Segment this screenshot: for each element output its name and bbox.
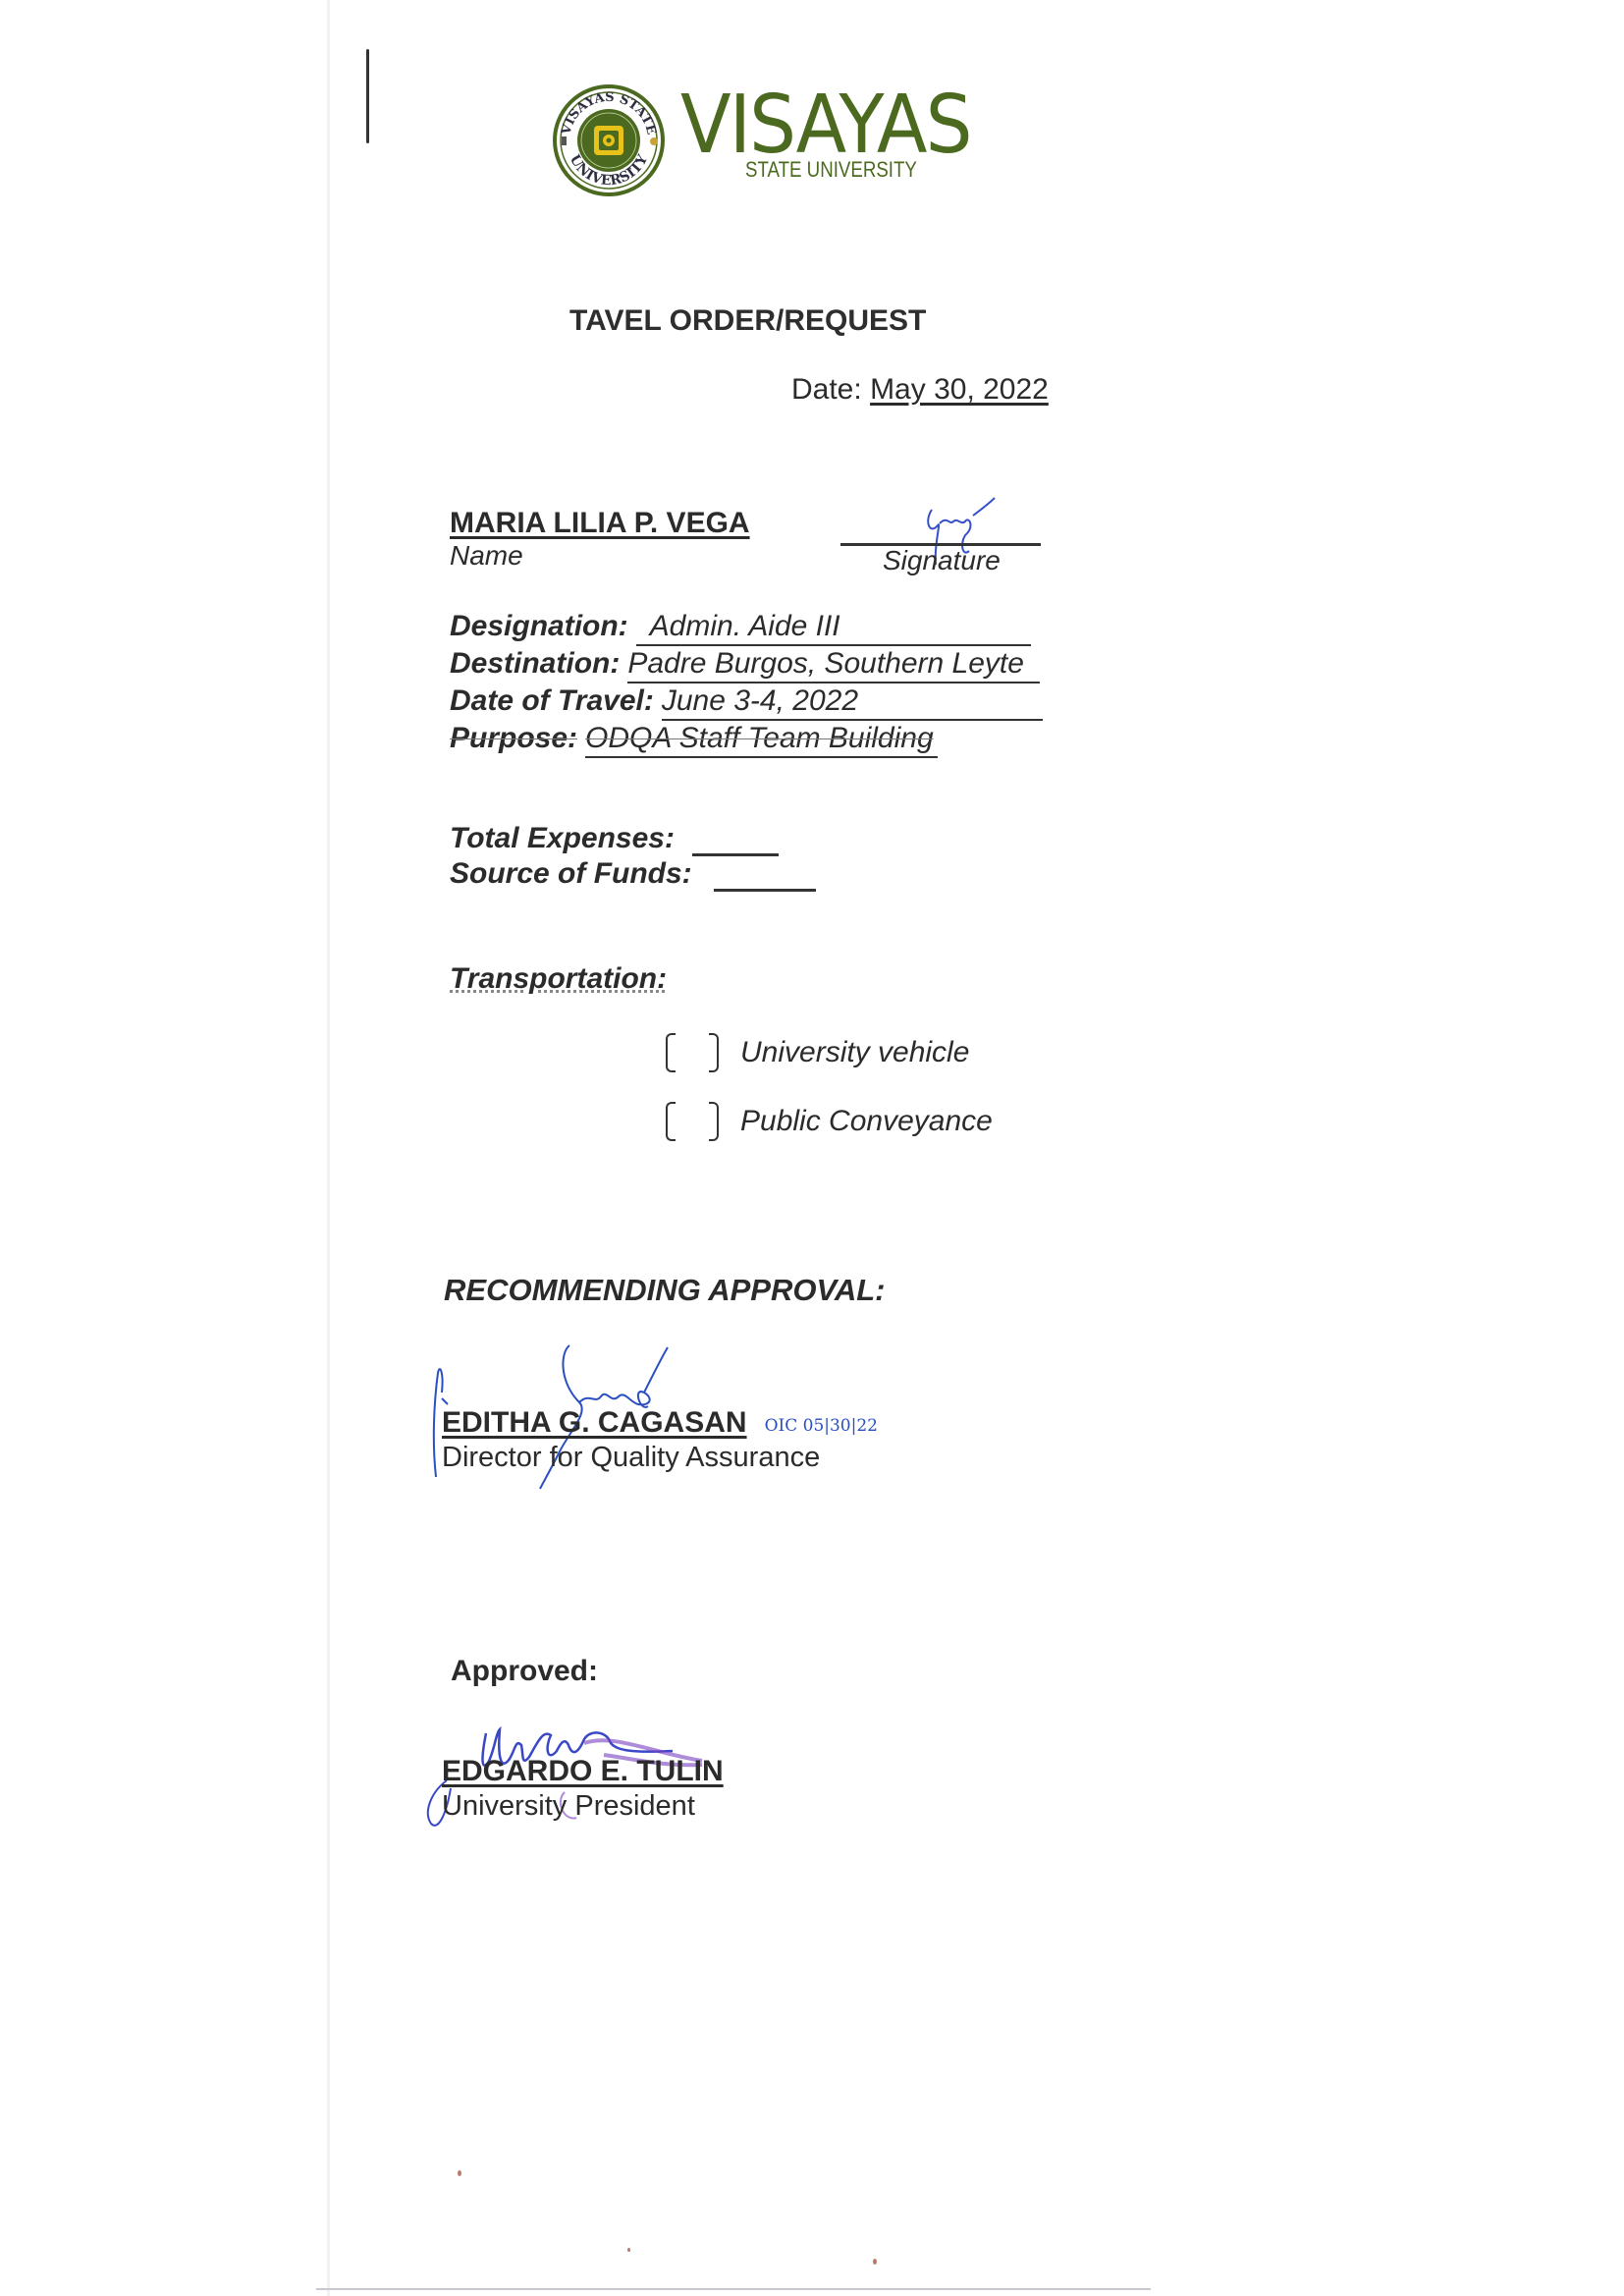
option-public-conveyance[interactable]: Public Conveyance [664,1100,993,1143]
total-expenses-label: Total Expenses: [450,821,675,856]
transportation-label: Transportation: [450,962,667,996]
detail-purpose: Purpose: ODQA Staff Team Building [450,721,1043,758]
wordmark-subtitle: STATE UNIVERSITY [745,157,917,183]
total-expenses-row: Total Expenses: [450,821,816,856]
total-expenses-field[interactable] [692,830,779,856]
destination-value: Padre Burgos, Southern Leyte [627,646,1040,683]
page-bottom-edge [316,2288,1151,2290]
public-conveyance-label: Public Conveyance [740,1105,993,1138]
recommender-block: EDITHA G. CAGASANOIC 05|30|22 Director f… [442,1406,878,1474]
detail-date-of-travel: Date of Travel: June 3-4, 2022 [450,683,1043,721]
recommending-approval-heading: RECOMMENDING APPROVAL: [444,1273,886,1308]
source-of-funds-label: Source of Funds: [450,856,692,892]
approved-label: Approved: [451,1655,598,1688]
recommender-title: Director for Quality Assurance [442,1442,878,1474]
scan-edge [327,0,330,2296]
requester-name: MARIA LILIA P. VEGA [450,507,750,540]
university-seal-icon: VISAYAS STATE UNIVERSITY [553,84,665,196]
public-conveyance-checkbox[interactable] [664,1100,721,1143]
binder-mark [366,49,369,143]
expenses-section: Total Expenses: Source of Funds: [450,821,816,892]
approver-block: EDGARDO E. TULIN University President [442,1755,724,1823]
date-value: May 30, 2022 [870,373,1049,406]
option-university-vehicle[interactable]: University vehicle [664,1031,969,1074]
signature-label: Signature [883,545,1001,576]
recommender-name: EDITHA G. CAGASAN [442,1406,747,1440]
scan-speck [458,2170,461,2176]
travel-details: Designation: Admin. Aide III Destination… [450,609,1043,758]
wordmark: VISAYAS STATE UNIVERSITY [680,79,996,173]
designation-label: Designation: [450,609,628,644]
scan-speck [627,2248,630,2252]
date-of-travel-label: Date of Travel: [450,683,654,719]
university-vehicle-checkbox[interactable] [664,1031,721,1074]
date-of-travel-value: June 3-4, 2022 [662,683,1043,721]
name-label: Name [450,540,750,572]
detail-destination: Destination: Padre Burgos, Southern Leyt… [450,646,1043,683]
source-of-funds-field[interactable] [714,865,816,892]
purpose-value: ODQA Staff Team Building [585,721,938,758]
designation-value: Admin. Aide III [636,609,1031,646]
scan-speck [873,2259,877,2265]
document-date: Date: May 30, 2022 [791,373,1049,407]
detail-designation: Designation: Admin. Aide III [450,609,1043,646]
university-logo: VISAYAS STATE UNIVERSITY VISAYAS STATE U… [553,84,975,202]
approver-name: EDGARDO E. TULIN [442,1755,724,1788]
source-of-funds-row: Source of Funds: [450,856,816,892]
oic-date-note: OIC 05|30|22 [765,1416,878,1436]
approver-title: University President [442,1790,724,1823]
date-label: Date: [791,373,862,406]
purpose-label: Purpose: [450,721,577,756]
document-title: TAVEL ORDER/REQUEST [569,304,926,338]
university-vehicle-label: University vehicle [740,1036,969,1069]
requester-name-block: MARIA LILIA P. VEGA Name [450,507,750,572]
destination-label: Destination: [450,646,620,682]
